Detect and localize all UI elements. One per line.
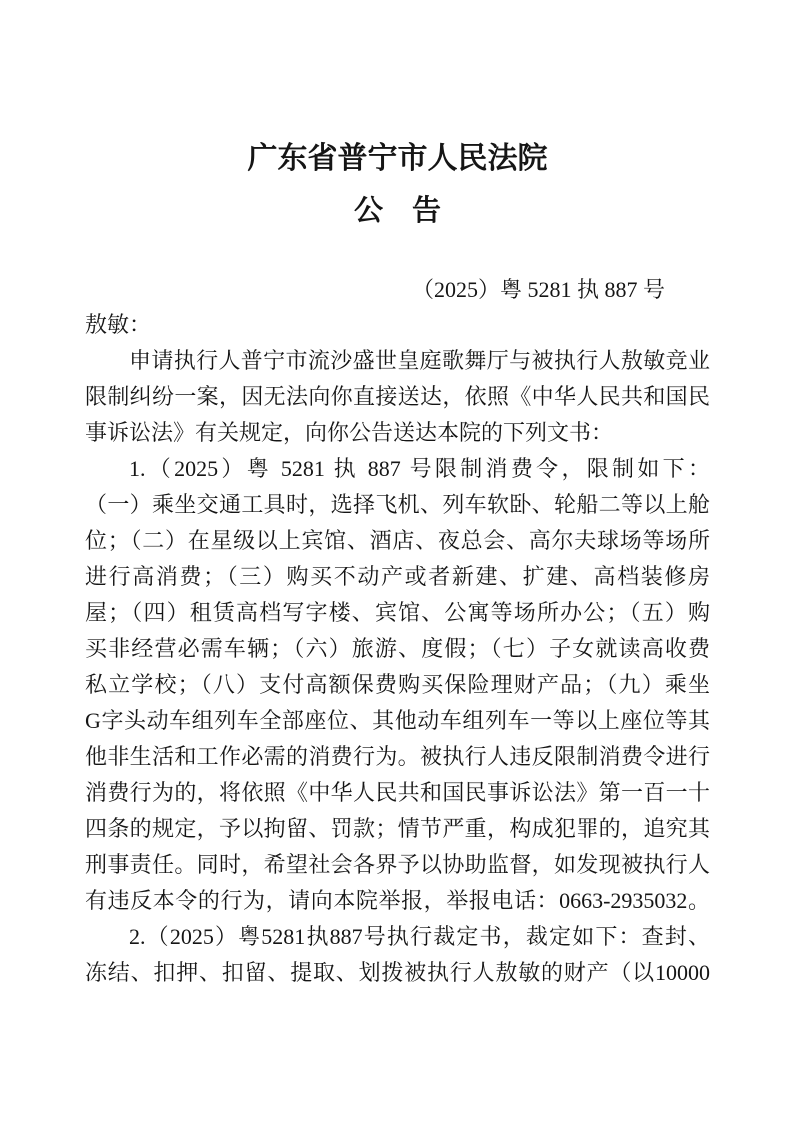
document-line: 四条的规定，予以拘留、罚款；情节严重，构成犯罪的，追究其 (85, 811, 710, 847)
document-line: 事诉讼法》有关规定，向你公告送达本院的下列文书： (85, 415, 710, 451)
document-line: 1.（2025）粤 5281 执 887 号限制消费令，限制如下： (85, 451, 710, 487)
document-line: 申请执行人普宁市流沙盛世皇庭歌舞厅与被执行人敖敏竞业 (85, 343, 710, 379)
document-line: 他非生活和工作必需的消费行为。被执行人违反限制消费令进行 (85, 739, 710, 775)
document-line: （一）乘坐交通工具时，选择飞机、列车软卧、轮船二等以上舱 (85, 487, 710, 523)
document-line: 冻结、扣押、扣留、提取、划拨被执行人敖敏的财产（以10000 (85, 955, 710, 991)
document-line: 私立学校；（八）支付高额保费购买保险理财产品；（九）乘坐 (85, 667, 710, 703)
notice-title: 公 告 (85, 196, 710, 226)
document-line: 位；（二）在星级以上宾馆、酒店、夜总会、高尔夫球场等场所 (85, 523, 710, 559)
document-line: 限制纠纷一案，因无法向你直接送达，依照《中华人民共和国民 (85, 379, 710, 415)
case-number: （2025）粤 5281 执 887 号 (85, 278, 710, 302)
document-line: 进行高消费；（三）购买不动产或者新建、扩建、高档装修房 (85, 559, 710, 595)
court-name-title: 广东省普宁市人民法院 (85, 143, 710, 175)
document-body: 敖敏： 申请执行人普宁市流沙盛世皇庭歌舞厅与被执行人敖敏竞业 限制纠纷一案，因无… (85, 307, 710, 991)
document-line-recipient: 敖敏： (85, 307, 710, 343)
document-page: 广东省普宁市人民法院 公 告 （2025）粤 5281 执 887 号 敖敏： … (0, 0, 794, 1122)
document-line: G字头动车组列车全部座位、其他动车组列车一等以上座位等其 (85, 703, 710, 739)
document-line: 2.（2025）粤5281执887号执行裁定书，裁定如下：查封、 (85, 919, 710, 955)
document-line: 有违反本令的行为，请向本院举报，举报电话：0663-2935032。 (85, 883, 710, 919)
document-line: 买非经营必需车辆；（六）旅游、度假；（七）子女就读高收费 (85, 631, 710, 667)
document-line: 消费行为的，将依照《中华人民共和国民事诉讼法》第一百一十 (85, 775, 710, 811)
document-line: 屋；（四）租赁高档写字楼、宾馆、公寓等场所办公；（五）购 (85, 595, 710, 631)
document-line: 刑事责任。同时，希望社会各界予以协助监督，如发现被执行人 (85, 847, 710, 883)
